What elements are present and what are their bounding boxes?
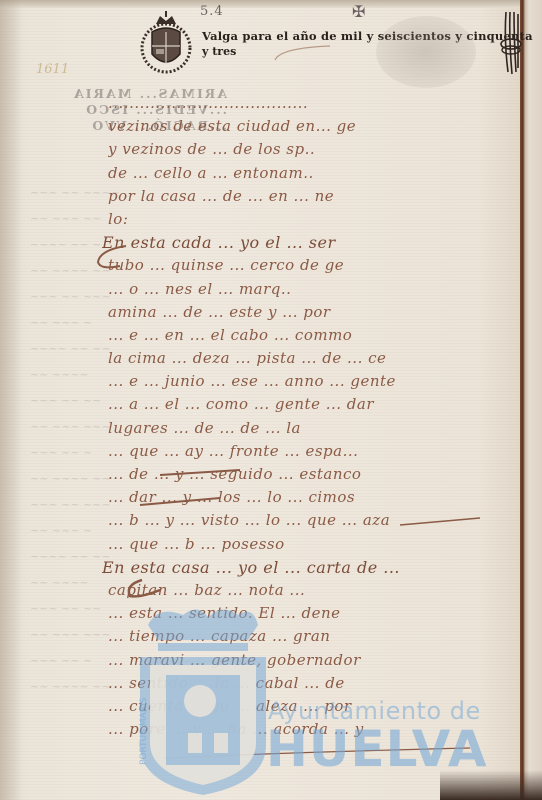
watermark-city: HUELVA [266, 723, 488, 775]
svg-text:PORTUS MARIS: PORTUS MARIS [139, 697, 149, 765]
